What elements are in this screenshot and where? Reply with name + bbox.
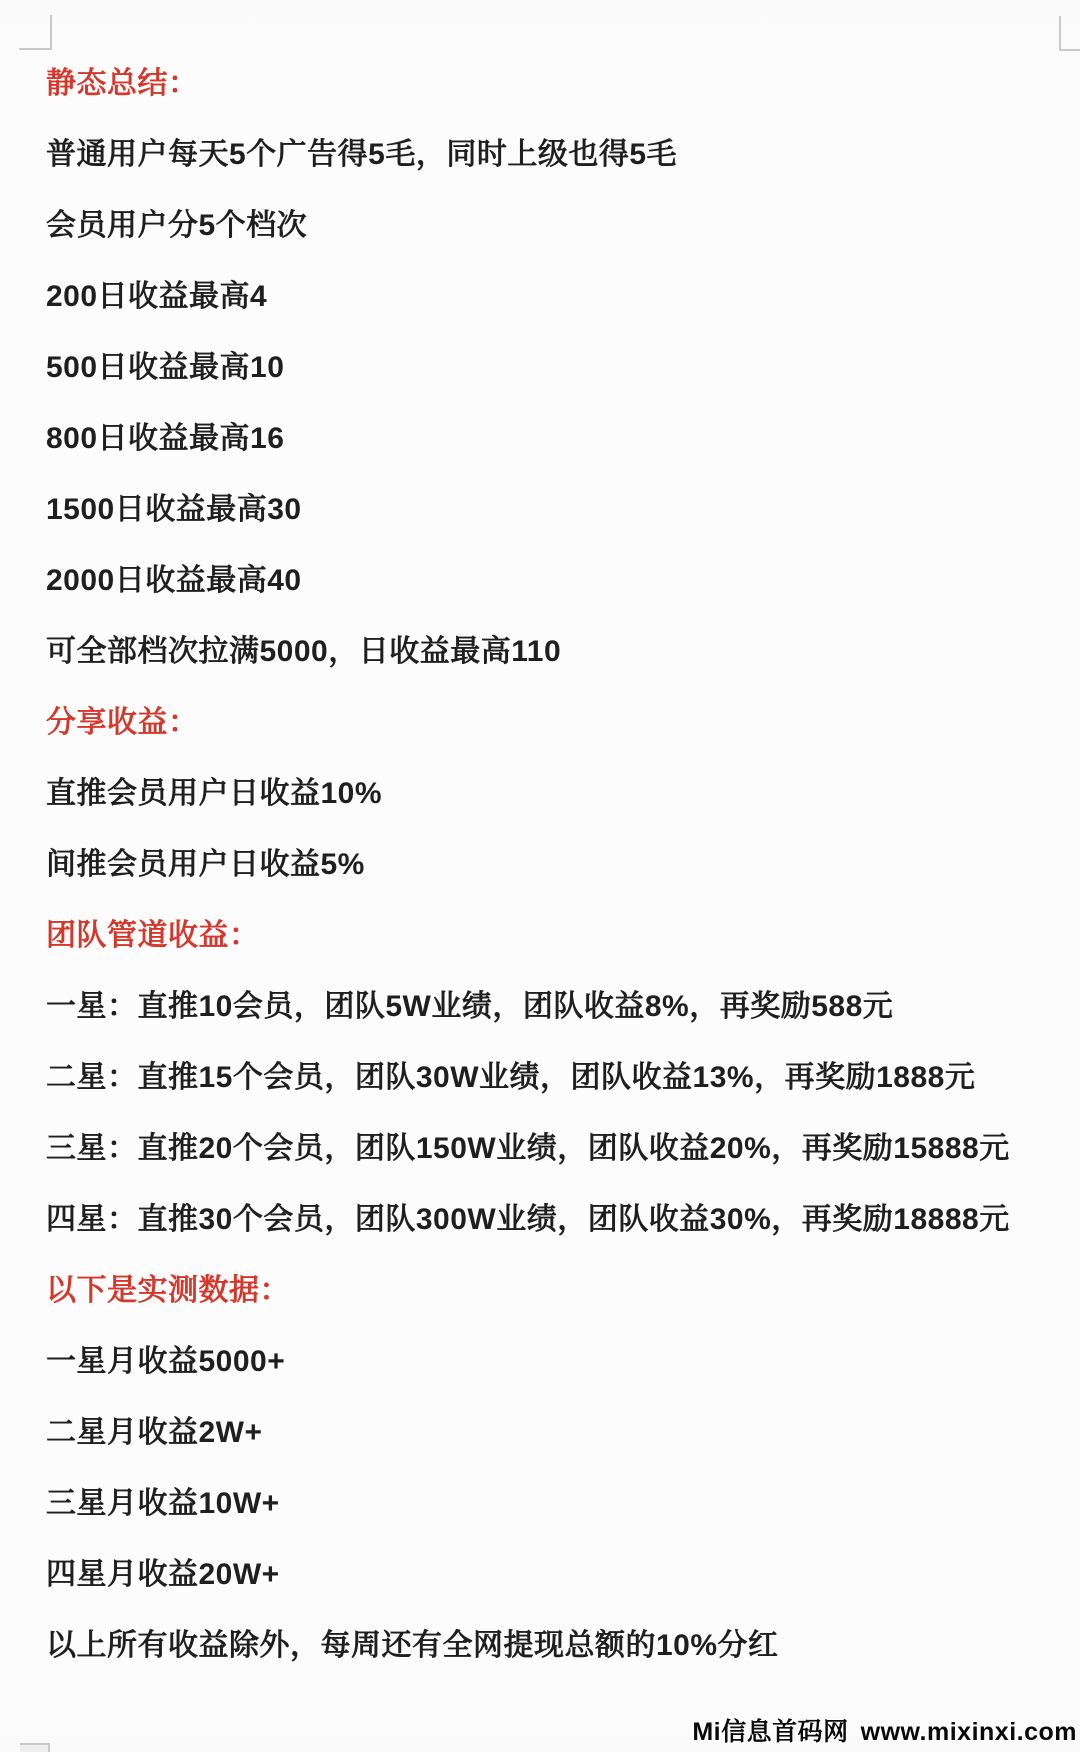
doc-line: 四星：直推30个会员，团队300W业绩，团队收益30%，再奖励18888元	[46, 1184, 1070, 1255]
document-body: 静态总结： 普通用户每天5个广告得5毛，同时上级也得5毛 会员用户分5个档次 2…	[46, 48, 1070, 1681]
watermark: Mi信息首码网www.mixinxi.com	[692, 1712, 1077, 1748]
doc-line: 直推会员用户日收益10%	[46, 758, 1070, 829]
section-heading-team-pipeline-income: 团队管道收益：	[46, 900, 1070, 971]
doc-line: 一星月收益5000+	[46, 1326, 1070, 1397]
doc-line: 三星月收益10W+	[46, 1468, 1070, 1539]
doc-line: 间推会员用户日收益5%	[46, 829, 1070, 900]
section-heading-measured-data: 以下是实测数据：	[46, 1255, 1070, 1326]
doc-line: 四星月收益20W+	[46, 1539, 1070, 1610]
doc-line: 可全部档次拉满5000，日收益最高110	[46, 616, 1070, 687]
watermark-site-name: Mi信息首码网	[692, 1718, 848, 1746]
watermark-url: www.mixinxi.com	[861, 1718, 1077, 1746]
doc-line: 一星：直推10会员，团队5W业绩，团队收益8%，再奖励588元	[46, 971, 1070, 1042]
doc-line: 800日收益最高16	[46, 403, 1070, 474]
doc-line: 200日收益最高4	[46, 261, 1070, 332]
document-page: 静态总结： 普通用户每天5个广告得5毛，同时上级也得5毛 会员用户分5个档次 2…	[0, 0, 1080, 1752]
doc-line: 三星：直推20个会员，团队150W业绩，团队收益20%，再奖励15888元	[46, 1113, 1070, 1184]
page-margin-corner-top-left-icon	[19, 15, 52, 50]
page-margin-corner-top-right-icon	[1059, 16, 1080, 51]
doc-line: 2000日收益最高40	[46, 545, 1070, 616]
doc-line: 以上所有收益除外，每周还有全网提现总额的10%分红	[46, 1610, 1070, 1681]
doc-line: 会员用户分5个档次	[46, 190, 1070, 261]
doc-line: 二星月收益2W+	[46, 1397, 1070, 1468]
doc-line: 1500日收益最高30	[46, 474, 1070, 545]
section-heading-share-income: 分享收益：	[46, 687, 1070, 758]
section-heading-static-summary: 静态总结：	[46, 48, 1070, 119]
page-margin-corner-bottom-left-icon	[20, 1743, 50, 1752]
doc-line: 500日收益最高10	[46, 332, 1070, 403]
doc-line: 普通用户每天5个广告得5毛，同时上级也得5毛	[46, 119, 1070, 190]
doc-line: 二星：直推15个会员，团队30W业绩，团队收益13%，再奖励1888元	[46, 1042, 1070, 1113]
